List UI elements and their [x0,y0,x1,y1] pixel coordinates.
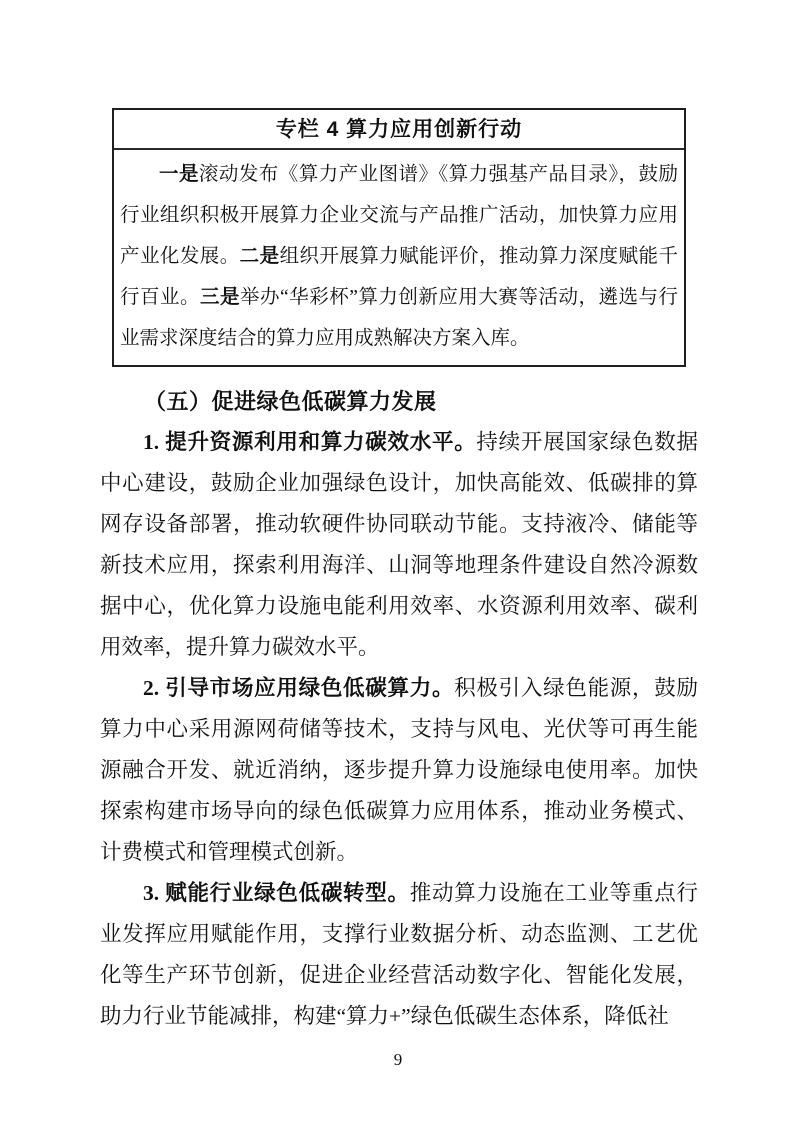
paragraph-1-lead: 1. 提升资源利用和算力碳效水平。 [143,430,476,454]
paragraph-2-body: 积极引入绿色能源，鼓励算力中心采用源网荷储等技术，支持与风电、光伏等可再生能源融… [100,676,698,864]
paragraph-1: 1. 提升资源利用和算力碳效水平。持续开展国家绿色数据中心建设，鼓励企业加强绿色… [100,422,698,668]
page-number: 9 [0,1050,796,1070]
paragraph-1-body: 持续开展国家绿色数据中心建设，鼓励企业加强绿色设计，加快高能效、低碳排的算网存设… [100,430,698,659]
callout-box-title: 专栏 4 算力应用创新行动 [114,110,684,150]
paragraph-3: 3. 赋能行业绿色低碳转型。推动算力设施在工业等重点行业发挥应用赋能作用，支撑行… [100,873,698,1037]
paragraph-3-lead: 3. 赋能行业绿色低碳转型。 [143,881,410,905]
page-content: 专栏 4 算力应用创新行动 一是滚动发布《算力产业图谱》《算力强基产品目录》，鼓… [100,108,698,1037]
paragraph-2: 2. 引导市场应用绿色低碳算力。积极引入绿色能源，鼓励算力中心采用源网荷储等技术… [100,668,698,873]
box-text-run-bold: 二是 [240,246,280,267]
section-heading: （五）促进绿色低碳算力发展 [100,381,698,422]
document-page: 专栏 4 算力应用创新行动 一是滚动发布《算力产业图谱》《算力强基产品目录》，鼓… [0,0,796,1125]
box-text-run-bold: 一是 [159,164,199,185]
callout-box-body: 一是滚动发布《算力产业图谱》《算力强基产品目录》，鼓励行业组织积极开展算力企业交… [114,150,684,365]
paragraph-2-lead: 2. 引导市场应用绿色低碳算力。 [143,676,454,700]
box-text-run-bold: 三是 [200,287,240,308]
callout-box: 专栏 4 算力应用创新行动 一是滚动发布《算力产业图谱》《算力强基产品目录》，鼓… [112,108,686,367]
